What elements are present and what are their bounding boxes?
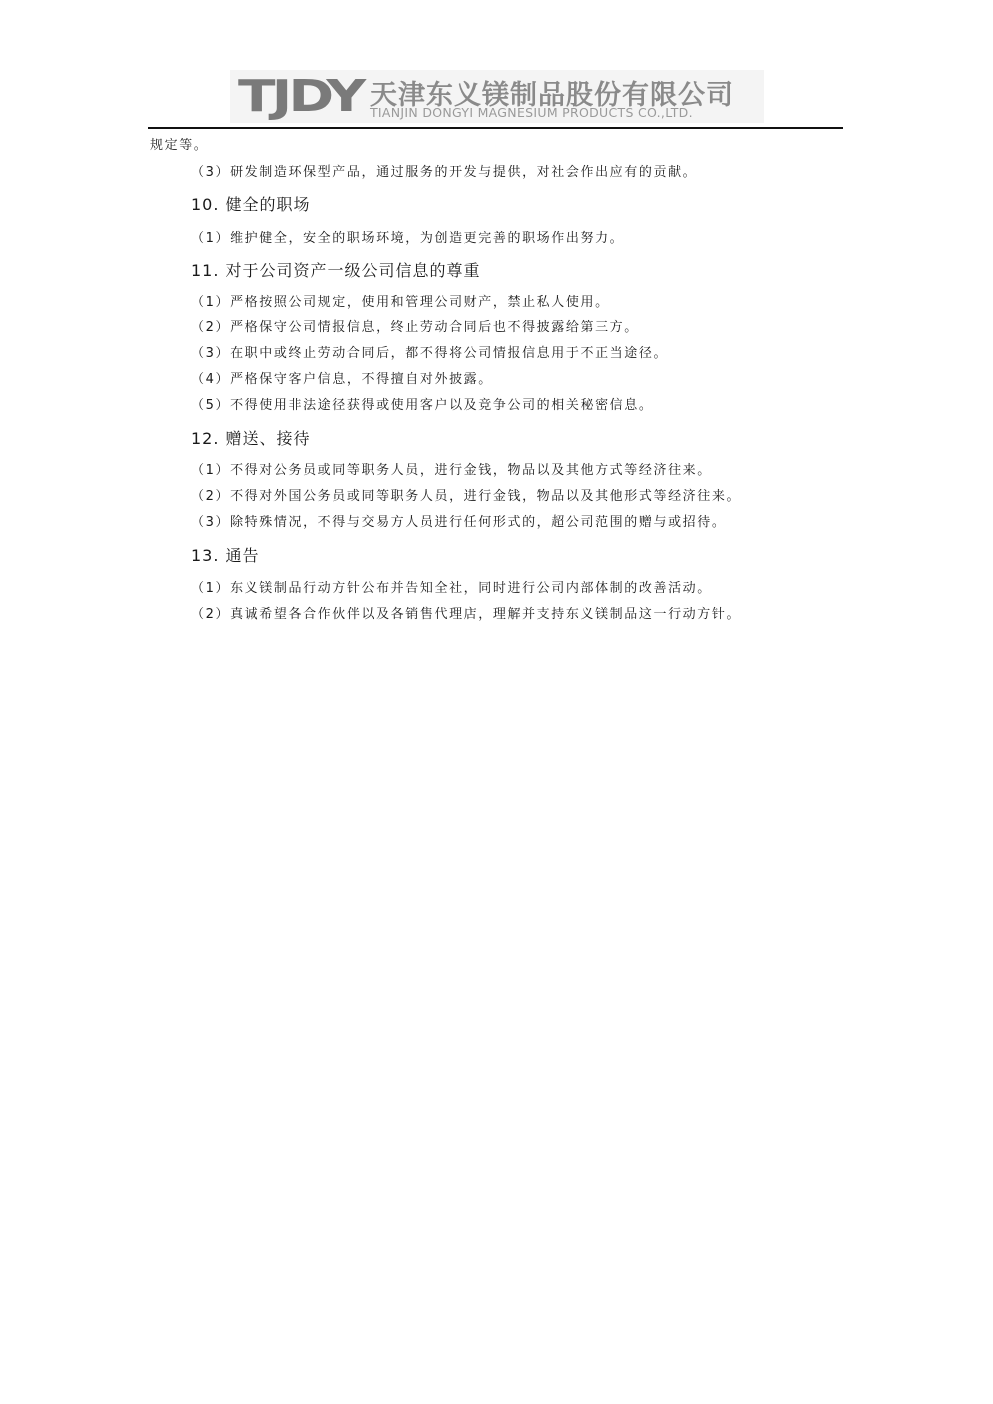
- tjdy-logo-icon: TJDY: [238, 78, 338, 116]
- list-item: （1）东义镁制品行动方针公布并告知全社，同时进行公司内部体制的改善活动。: [191, 577, 712, 596]
- list-item: （3）在职中或终止劳动合同后，都不得将公司情报信息用于不正当途径。: [191, 342, 668, 361]
- list-item: （1）严格按照公司规定，使用和管理公司财产，禁止私人使用。: [191, 291, 610, 310]
- list-item: （2）真诚希望各合作伙伴以及各销售代理店，理解并支持东义镁制品这一行动方针。: [191, 603, 741, 622]
- section-heading: 12. 赠送、接待: [191, 426, 311, 449]
- list-item: （3）研发制造环保型产品，通过服务的开发与提供，对社会作出应有的贡献。: [191, 161, 697, 180]
- list-item: （2）不得对外国公务员或同等职务人员，进行金钱，物品以及其他形式等经济往来。: [191, 485, 741, 504]
- company-logo-banner: TJDY 天津东义镁制品股份有限公司 TIANJIN DONGYI MAGNES…: [230, 70, 764, 123]
- header-divider: [148, 127, 843, 129]
- section-heading: 10. 健全的职场: [191, 192, 311, 215]
- list-item: （3）除特殊情况，不得与交易方人员进行任何形式的，超公司范围的赠与或招待。: [191, 511, 726, 530]
- section-heading: 13. 通告: [191, 543, 260, 566]
- list-item: （2）严格保守公司情报信息，终止劳动合同后也不得披露给第三方。: [191, 316, 639, 335]
- list-item: （1）不得对公务员或同等职务人员，进行金钱，物品以及其他方式等经济往来。: [191, 459, 712, 478]
- list-item: （1）维护健全，安全的职场环境，为创造更完善的职场作出努力。: [191, 227, 624, 246]
- continuation-text: 规定等。: [150, 134, 208, 153]
- company-name-en: TIANJIN DONGYI MAGNESIUM PRODUCTS CO.,LT…: [370, 105, 693, 120]
- logo-mark-text: TJDY: [238, 78, 362, 116]
- list-item: （4）严格保守客户信息，不得擅自对外披露。: [191, 368, 493, 387]
- list-item: （5）不得使用非法途径获得或使用客户以及竞争公司的相关秘密信息。: [191, 394, 653, 413]
- section-heading: 11. 对于公司资产一级公司信息的尊重: [191, 258, 481, 281]
